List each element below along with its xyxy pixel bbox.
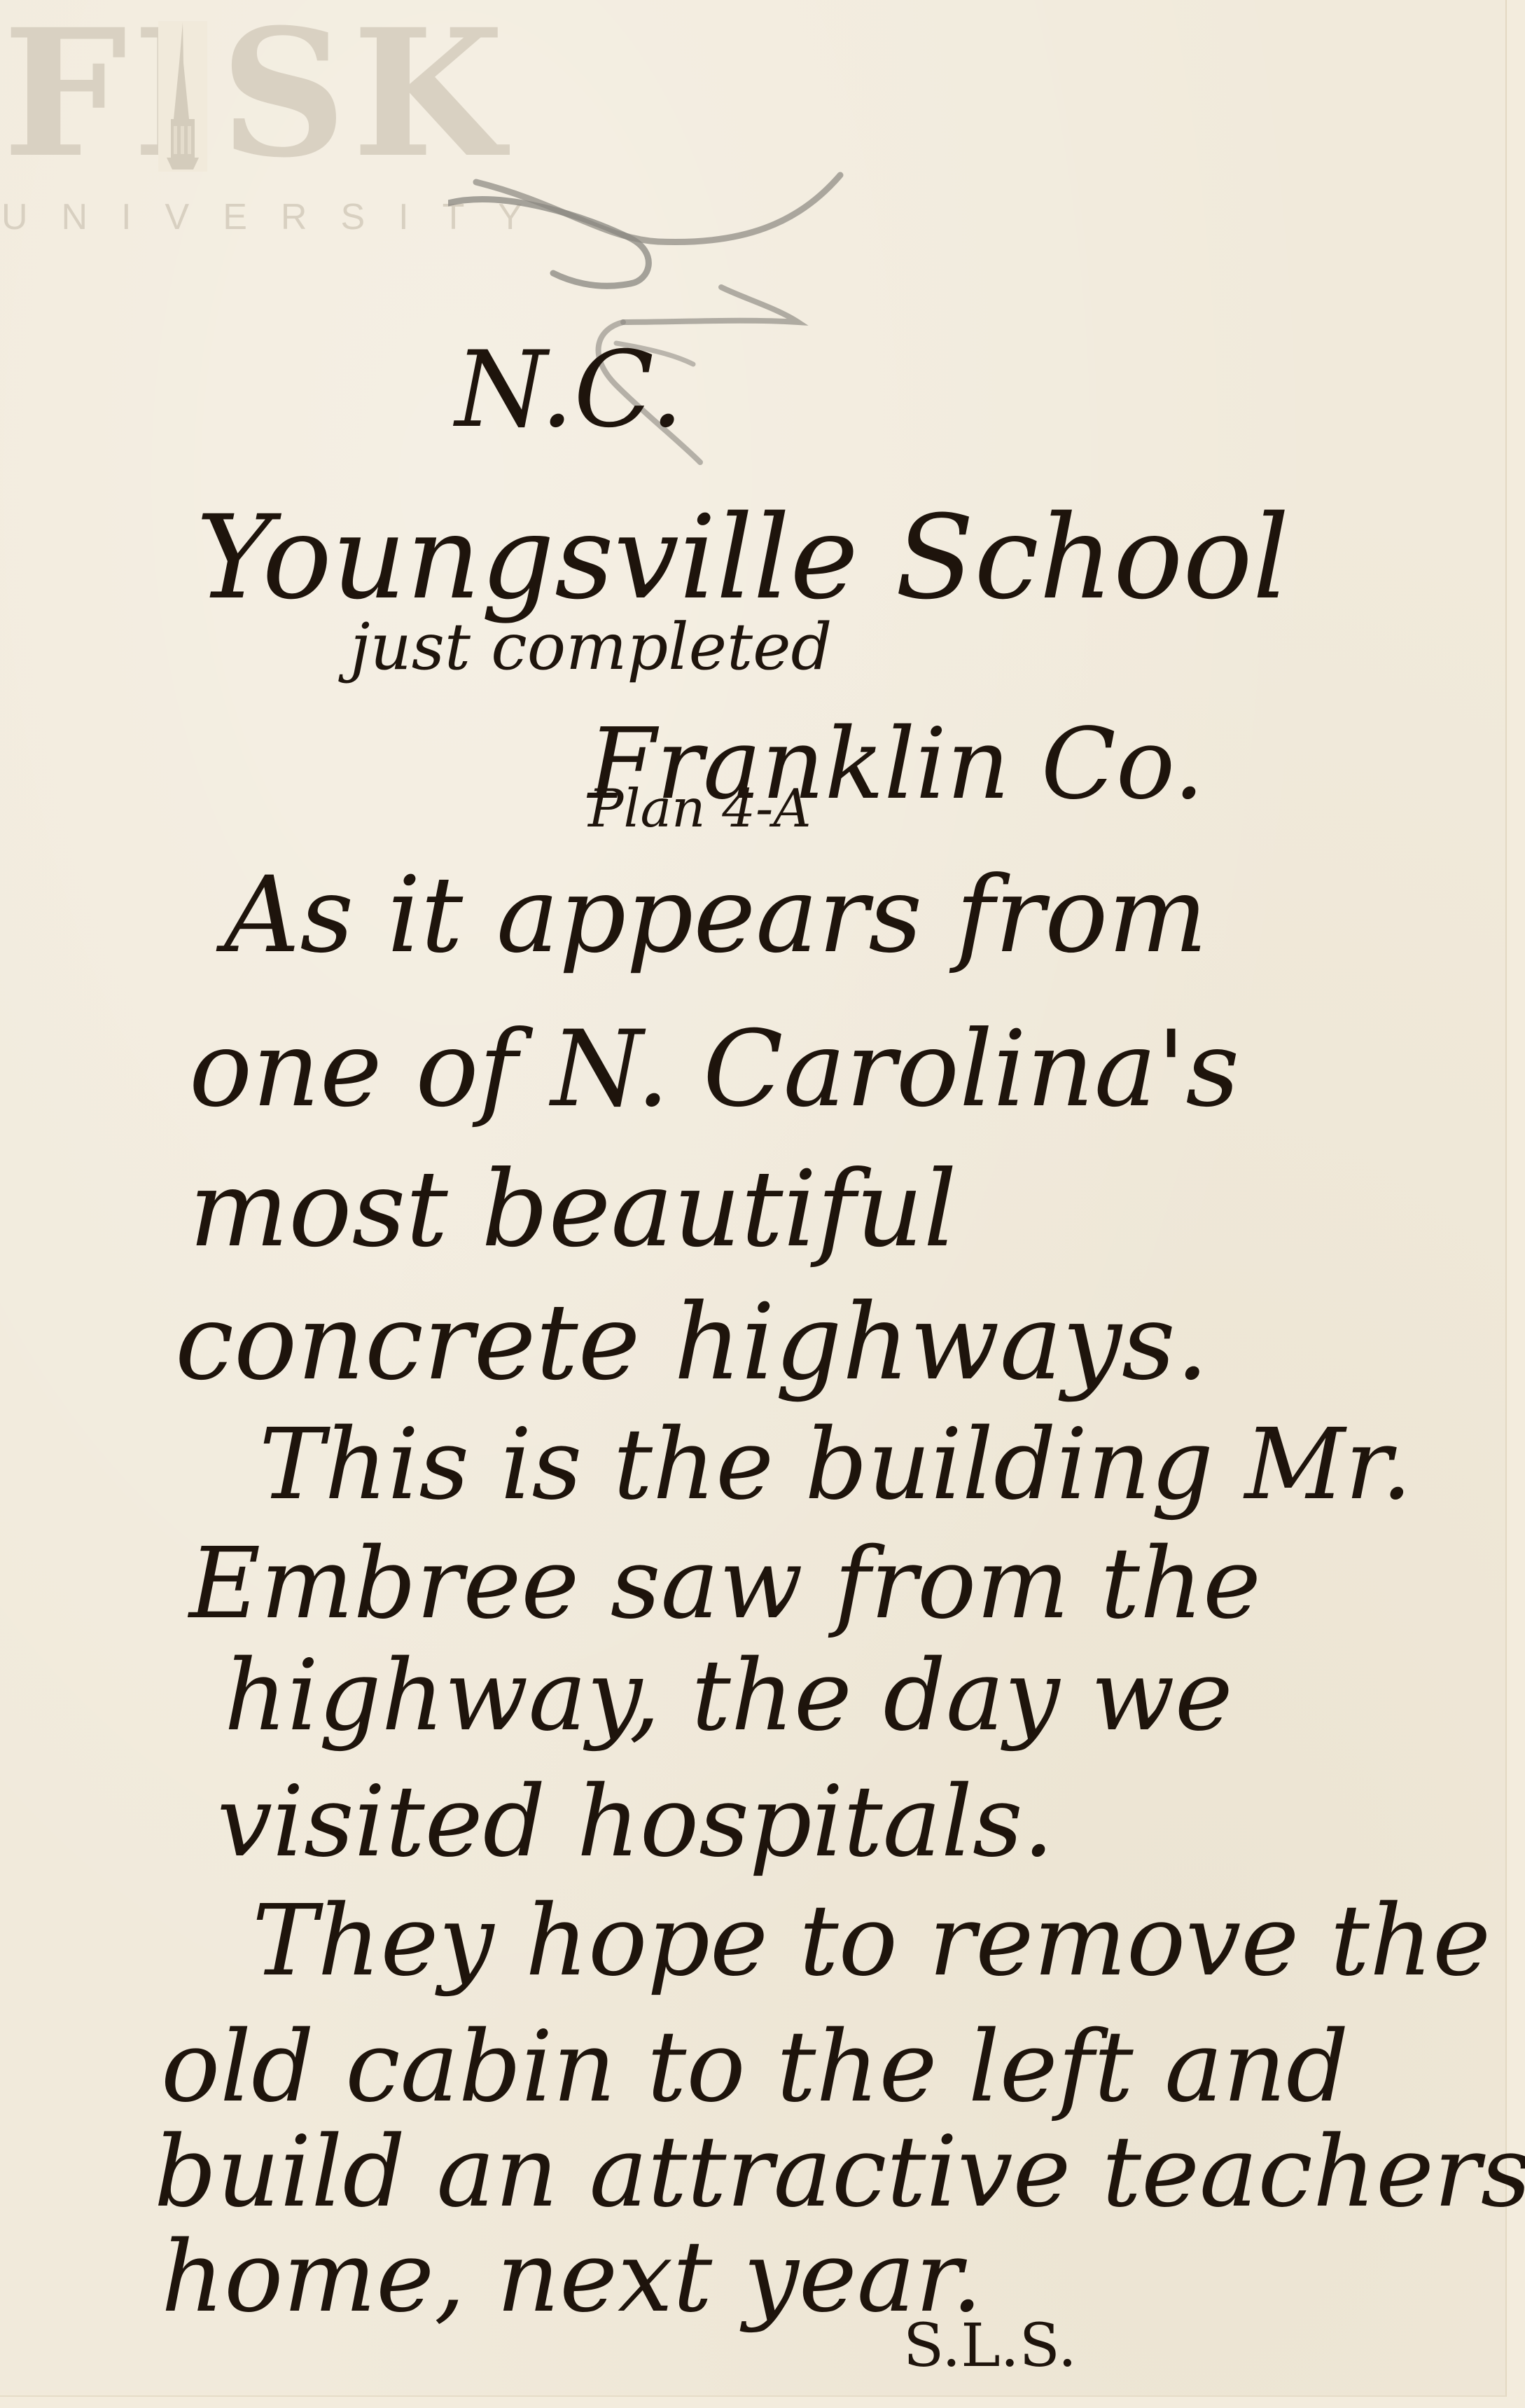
body-line: As it appears from [224,854,1208,976]
body-line: They hope to remove the [252,1884,1491,1998]
signature-initials: S.L.S. [903,2311,1077,2381]
body-line: visited hospitals. [217,1765,1054,1879]
plan-number: Plan 4-A [588,777,812,839]
body-line: build an attractive teachers' [154,2115,1525,2229]
document-page: FISK UNIVERSITY N.C. Youngsville School … [0,0,1507,2397]
body-line: concrete highways. [175,1282,1209,1404]
body-line: old cabin to the left and [161,2010,1349,2124]
school-name: Youngsville School [196,490,1290,625]
body-line: one of N. Carolina's [189,1009,1239,1130]
watermark-title: FISK [3,13,510,174]
body-line: This is the building Mr. [259,1408,1412,1522]
note-just-completed: just completed [350,609,832,684]
body-line: home, next year. [161,2220,982,2334]
state-heading: N.C. [455,329,683,451]
chapel-spire-icon [158,21,207,172]
body-line: most beautiful [189,1149,957,1271]
body-line: highway, the day we [224,1639,1233,1753]
body-line: Embree saw from the [189,1527,1261,1641]
